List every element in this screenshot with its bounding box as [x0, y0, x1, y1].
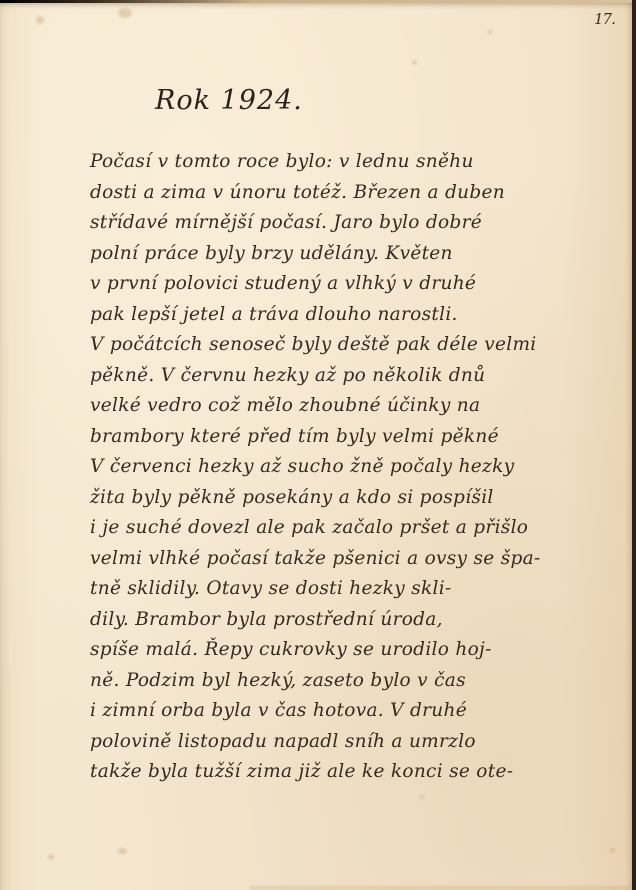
page-top-edge: [0, 0, 636, 3]
paper-stain: [48, 854, 54, 860]
paper-stain: [412, 60, 417, 65]
text-line: velmi vlhké počasí takže pšenici a ovsy …: [90, 544, 550, 575]
text-line: ně. Podzim byl hezký, zaseto bylo v čas: [90, 666, 550, 697]
text-line: brambory které před tím byly velmi pěkné: [90, 422, 550, 453]
page-title: Rok 1924.: [155, 85, 303, 116]
text-line: žita byly pěkně posekány a kdo si pospíš…: [90, 483, 550, 514]
text-line: pak lepší jetel a tráva dlouho narostli.: [90, 300, 550, 331]
paper-stain: [610, 848, 615, 853]
paper-stain: [250, 886, 630, 890]
text-line: pěkně. V červnu hezky až po několik dnů: [90, 361, 550, 392]
text-line: tně sklidily. Otavy se dosti hezky skli-: [90, 574, 550, 605]
text-line: velké vedro což mělo zhoubné účinky na: [90, 391, 550, 422]
text-line: V počátcích senoseč byly deště pak déle …: [90, 330, 550, 361]
paper-stain: [488, 30, 492, 34]
text-line: takže byla tužší zima již ale ke konci s…: [90, 757, 550, 788]
binding-edge: [632, 0, 636, 890]
text-line: polovině listopadu napadl sníh a umrzlo: [90, 727, 550, 758]
text-line: V červenci hezky až sucho žně počaly hez…: [90, 452, 550, 483]
text-line: dily. Brambor byla prostřední úroda,: [90, 605, 550, 636]
text-line: i zimní orba byla v čas hotova. V druhé: [90, 696, 550, 727]
text-line: v první polovici studený a vlhký v druhé: [90, 269, 550, 300]
paper-stain: [420, 795, 424, 799]
manuscript-page: 17. Rok 1924. Počasí v tomto roce bylo: …: [0, 2, 632, 890]
paper-stain: [118, 8, 132, 18]
text-line: i je suché dovezl ale pak začalo pršet a…: [90, 513, 550, 544]
text-line: střídavé mírnější počasí. Jaro bylo dobr…: [90, 208, 550, 239]
text-line: spíše malá. Řepy cukrovky se urodilo hoj…: [90, 635, 550, 666]
text-line: polní práce byly brzy udělány. Květen: [90, 239, 550, 270]
handwritten-body: Počasí v tomto roce bylo: v lednu sněhu …: [90, 147, 550, 788]
paper-stain: [118, 848, 127, 854]
text-line: Počasí v tomto roce bylo: v lednu sněhu: [90, 147, 550, 178]
page-number: 17.: [594, 10, 615, 28]
text-line: dosti a zima v únoru totéž. Březen a dub…: [90, 178, 550, 209]
paper-stain: [36, 16, 44, 24]
